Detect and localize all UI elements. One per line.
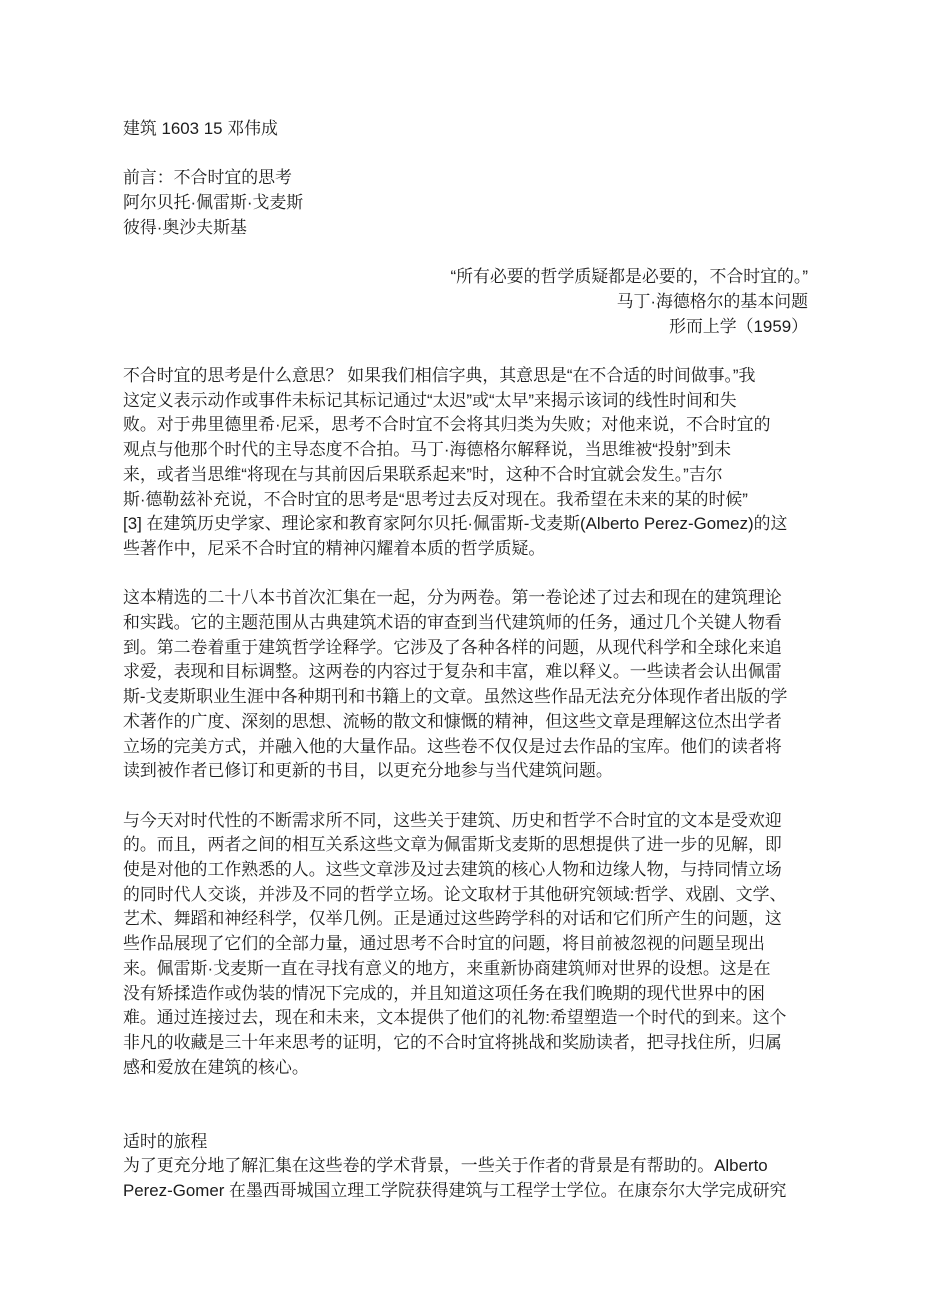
epigraph-source: 形而上学（1959） bbox=[123, 315, 808, 340]
doc-header: 建筑 1603 15 邓伟成 bbox=[123, 117, 808, 142]
section-heading: 适时的旅程 bbox=[123, 1130, 808, 1155]
preface-title: 前言：不合时宜的思考 bbox=[123, 166, 808, 191]
epigraph-attribution: 马丁·海德格尔的基本问题 bbox=[123, 290, 808, 315]
body-paragraph-3: 与今天对时代性的不断需求所不同，这些关于建筑、历史和哲学不合时宜的文本是受欢迎 … bbox=[123, 809, 808, 1081]
document-page: 建筑 1603 15 邓伟成 前言：不合时宜的思考 阿尔贝托·佩雷斯·戈麦斯 彼… bbox=[0, 0, 926, 1309]
section-body: 为了更充分地了解汇集在这些卷的学术背景，一些关于作者的背景是有帮助的。Alber… bbox=[123, 1154, 808, 1203]
body-paragraph-2: 这本精选的二十八本书首次汇集在一起，分为两卷。第一卷论述了过去和现在的建筑理论 … bbox=[123, 586, 808, 784]
body-paragraph-1: 不合时宜的思考是什么意思？ 如果我们相信字典，其意思是“在不合适的时间做事。”我… bbox=[123, 364, 808, 562]
epigraph: “所有必要的哲学质疑都是必要的，不合时宜的。” 马丁·海德格尔的基本问题 形而上… bbox=[123, 265, 808, 339]
author-name: 阿尔贝托·佩雷斯·戈麦斯 bbox=[123, 191, 808, 216]
epigraph-quote: “所有必要的哲学质疑都是必要的，不合时宜的。” bbox=[123, 265, 808, 290]
closing-section: 适时的旅程 为了更充分地了解汇集在这些卷的学术背景，一些关于作者的背景是有帮助的… bbox=[123, 1130, 808, 1229]
coauthor-name: 彼得·奥沙夫斯基 bbox=[123, 216, 808, 241]
title-block: 前言：不合时宜的思考 阿尔贝托·佩雷斯·戈麦斯 彼得·奥沙夫斯基 bbox=[123, 166, 808, 240]
